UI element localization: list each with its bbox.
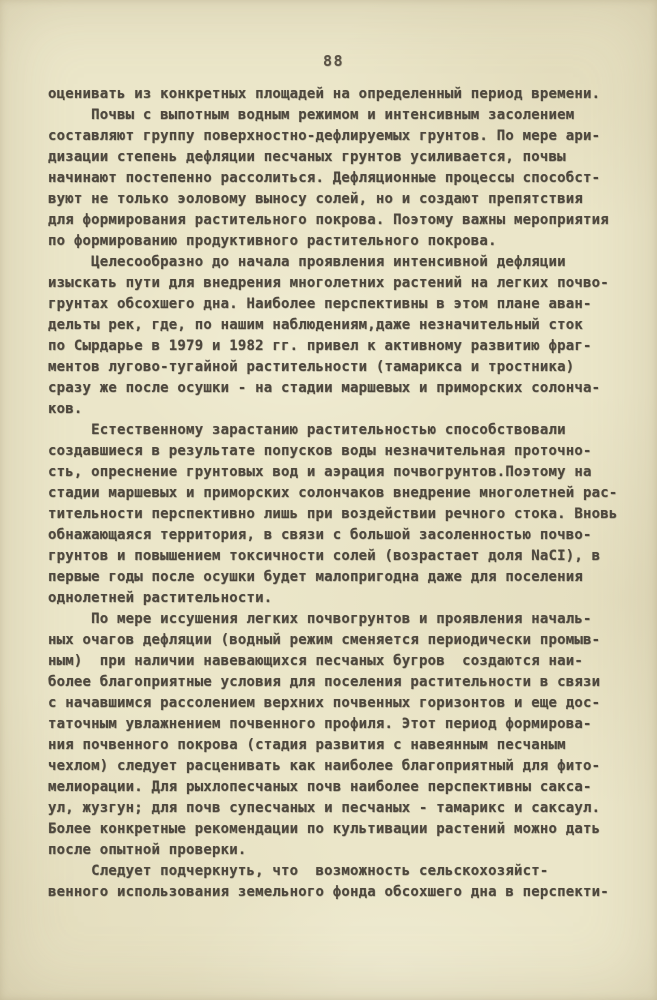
paragraph: По мере иссушения легких почвогрунтов и …: [48, 609, 633, 861]
paragraph: Следует подчеркнуть, что возможность сел…: [48, 861, 633, 903]
paragraph: Естественному зарастанию растительностью…: [48, 420, 633, 609]
paragraph: Целесообразно до начала проявления интен…: [48, 252, 633, 420]
page-text-block: оценивать из конкретных площадей на опре…: [48, 84, 633, 903]
paragraph-continuation: оценивать из конкретных площадей на опре…: [48, 84, 633, 105]
scanned-document-page: 88 оценивать из конкретных площадей на о…: [0, 0, 657, 1000]
page-number: 88: [0, 52, 657, 70]
paragraph: Почвы с выпотным водным режимом и интенс…: [48, 105, 633, 252]
